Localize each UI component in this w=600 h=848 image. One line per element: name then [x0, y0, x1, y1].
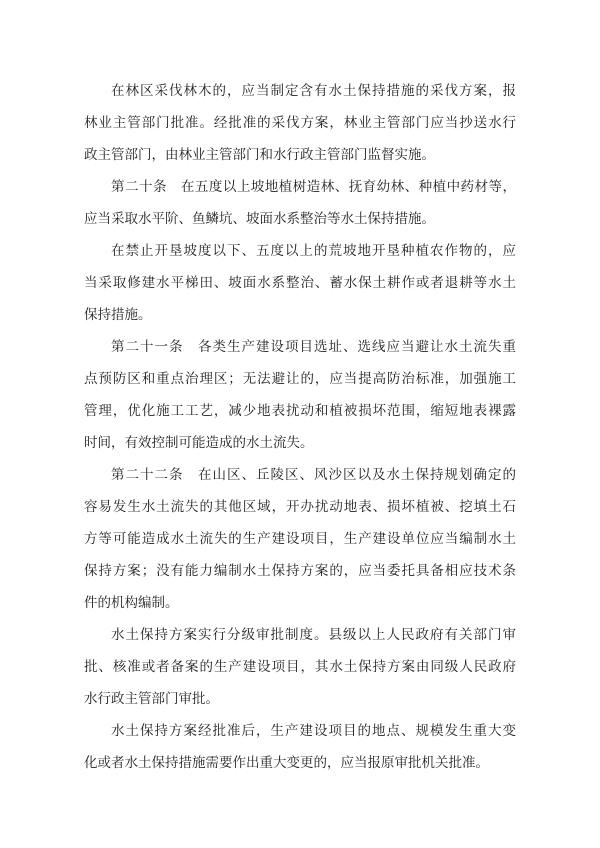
text-line: 保持措施。: [84, 299, 516, 331]
paragraph: 在林区采伐林木的，应当制定含有水土保持措施的采伐方案，报林业主管部门批准。经批准…: [84, 75, 516, 171]
text-line: 管理，优化施工工艺，减少地表扰动和植被损坏范围，缩短地表裸露: [84, 395, 516, 427]
paragraph: 水土保持方案经批准后，生产建设项目的地点、规模发生重大变化或者水土保持措施需要作…: [84, 715, 516, 779]
text-line: 水土保持方案实行分级审批制度。县级以上人民政府有关部门审: [84, 619, 516, 651]
text-line: 政主管部门，由林业主管部门和水行政主管部门监督实施。: [84, 139, 516, 171]
text-line: 应当采取水平阶、鱼鳞坑、坡面水系整治等水土保持措施。: [84, 203, 516, 235]
document-text-block: 在林区采伐林木的，应当制定含有水土保持措施的采伐方案，报林业主管部门批准。经批准…: [84, 75, 516, 779]
document-page: 在林区采伐林木的，应当制定含有水土保持措施的采伐方案，报林业主管部门批准。经批准…: [0, 0, 600, 848]
text-line: 水行政主管部门审批。: [84, 683, 516, 715]
text-line: 在禁止开垦坡度以下、五度以上的荒坡地开垦种植农作物的，应: [84, 235, 516, 267]
text-line: 时间，有效控制可能造成的水土流失。: [84, 427, 516, 459]
paragraph: 第二十二条 在山区、丘陵区、风沙区以及水土保持规划确定的容易发生水土流失的其他区…: [84, 459, 516, 619]
text-line: 第二十一条 各类生产建设项目选址、选线应当避让水土流失重: [84, 331, 516, 363]
text-line: 件的机构编制。: [84, 587, 516, 619]
text-line: 水土保持方案经批准后，生产建设项目的地点、规模发生重大变: [84, 715, 516, 747]
text-line: 第二十条 在五度以上坡地植树造林、抚育幼林、种植中药材等，: [84, 171, 516, 203]
text-line: 保持方案；没有能力编制水土保持方案的，应当委托具备相应技术条: [84, 555, 516, 587]
paragraph: 水土保持方案实行分级审批制度。县级以上人民政府有关部门审批、核准或者备案的生产建…: [84, 619, 516, 715]
text-line: 第二十二条 在山区、丘陵区、风沙区以及水土保持规划确定的: [84, 459, 516, 491]
text-line: 化或者水土保持措施需要作出重大变更的，应当报原审批机关批准。: [84, 747, 516, 779]
text-line: 当采取修建水平梯田、坡面水系整治、蓄水保土耕作或者退耕等水土: [84, 267, 516, 299]
paragraph: 在禁止开垦坡度以下、五度以上的荒坡地开垦种植农作物的，应当采取修建水平梯田、坡面…: [84, 235, 516, 331]
text-line: 林业主管部门批准。经批准的采伐方案，林业主管部门应当抄送水行: [84, 107, 516, 139]
text-line: 批、核准或者备案的生产建设项目，其水土保持方案由同级人民政府: [84, 651, 516, 683]
text-line: 在林区采伐林木的，应当制定含有水土保持措施的采伐方案，报: [84, 75, 516, 107]
paragraph: 第二十条 在五度以上坡地植树造林、抚育幼林、种植中药材等，应当采取水平阶、鱼鳞坑…: [84, 171, 516, 235]
text-line: 容易发生水土流失的其他区域，开办扰动地表、损坏植被、挖填土石: [84, 491, 516, 523]
text-line: 方等可能造成水土流失的生产建设项目，生产建设单位应当编制水土: [84, 523, 516, 555]
text-line: 点预防区和重点治理区；无法避让的，应当提高防治标准，加强施工: [84, 363, 516, 395]
paragraph: 第二十一条 各类生产建设项目选址、选线应当避让水土流失重点预防区和重点治理区；无…: [84, 331, 516, 459]
